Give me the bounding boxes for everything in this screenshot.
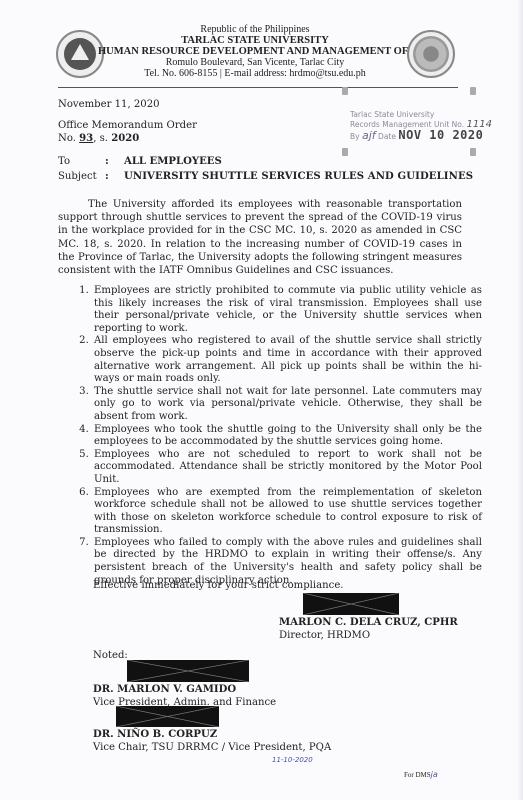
subject-colon: : [105, 171, 109, 182]
dms-initials: ja [431, 770, 438, 779]
vp2-title: Vice Chair, TSU DRRMC / Vice President, … [93, 742, 331, 753]
rule-item: The shuttle service shall not wait for l… [92, 386, 482, 424]
rule-item: Employees who took the shuttle going to … [92, 424, 482, 449]
office-name: HUMAN RESOURCE DEVELOPMENT AND MANAGEMEN… [98, 46, 412, 57]
university-name: TARLAC STATE UNIVERSITY [110, 35, 400, 46]
handwritten-date: 11-10-2020 [272, 756, 313, 764]
letterhead: Republic of the Philippines TARLAC STATE… [0, 0, 523, 90]
memo-date: November 11, 2020 [58, 99, 160, 110]
vp2-name: DR. NIÑO B. CORPUZ [93, 729, 217, 740]
republic-line: Republic of the Philippines [110, 24, 400, 35]
intro-paragraph: The University afforded its employees wi… [58, 198, 462, 277]
memo-page: Republic of the Philippines TARLAC STATE… [0, 0, 523, 800]
stamp-date: NOV 10 2020 [398, 128, 483, 142]
stamp-by-date: By ajf Date NOV 10 2020 [350, 130, 520, 142]
office-contact: Tel. No. 606-8155 | E-mail address: hrdm… [110, 68, 400, 79]
staple-icon [470, 87, 476, 95]
to-label: To [58, 156, 70, 167]
tsu-seal-icon [56, 30, 104, 78]
to-value: ALL EMPLOYEES [124, 156, 222, 167]
redacted-signature [116, 706, 219, 727]
stamp-signature: ajf [362, 129, 376, 142]
staple-icon [342, 87, 348, 95]
redacted-signature [127, 660, 249, 682]
for-dms-label: For DMSja [404, 770, 438, 779]
header-divider [58, 87, 458, 88]
stamp-title: Tarlac State University [350, 110, 520, 120]
office-address: Romulo Boulevard, San Vicente, Tarlac Ci… [110, 57, 400, 68]
staple-icon [470, 148, 476, 156]
redacted-signature [303, 593, 399, 615]
staple-icon [342, 148, 348, 156]
rule-item: Employees who are exempted from the reim… [92, 487, 482, 537]
rules-list: Employees are strictly prohibited to com… [74, 285, 482, 587]
memo-order-label: Office Memorandum Order [58, 120, 197, 131]
records-stamp: Tarlac State University Records Manageme… [350, 110, 520, 142]
to-colon: : [105, 156, 109, 167]
hrdmo-seal-icon [407, 30, 455, 78]
vp1-name: DR. MARLON V. GAMIDO [93, 684, 236, 695]
letterhead-text: Republic of the Philippines TARLAC STATE… [110, 24, 400, 79]
rule-item: Employees who are not scheduled to repor… [92, 449, 482, 487]
director-name: MARLON C. DELA CRUZ, CPHR [279, 617, 458, 628]
noted-label: Noted: [93, 650, 128, 661]
rule-item: All employees who registered to avail of… [92, 335, 482, 385]
director-title: Director, HRDMO [279, 630, 370, 641]
closing-line: Effective immediately for your strict co… [93, 580, 344, 591]
rule-item: Employees are strictly prohibited to com… [92, 285, 482, 335]
subject-label: Subject [58, 171, 97, 182]
memo-number: No. 93, s. 2020 [58, 133, 139, 144]
subject-value: UNIVERSITY SHUTTLE SERVICES RULES AND GU… [124, 171, 473, 182]
